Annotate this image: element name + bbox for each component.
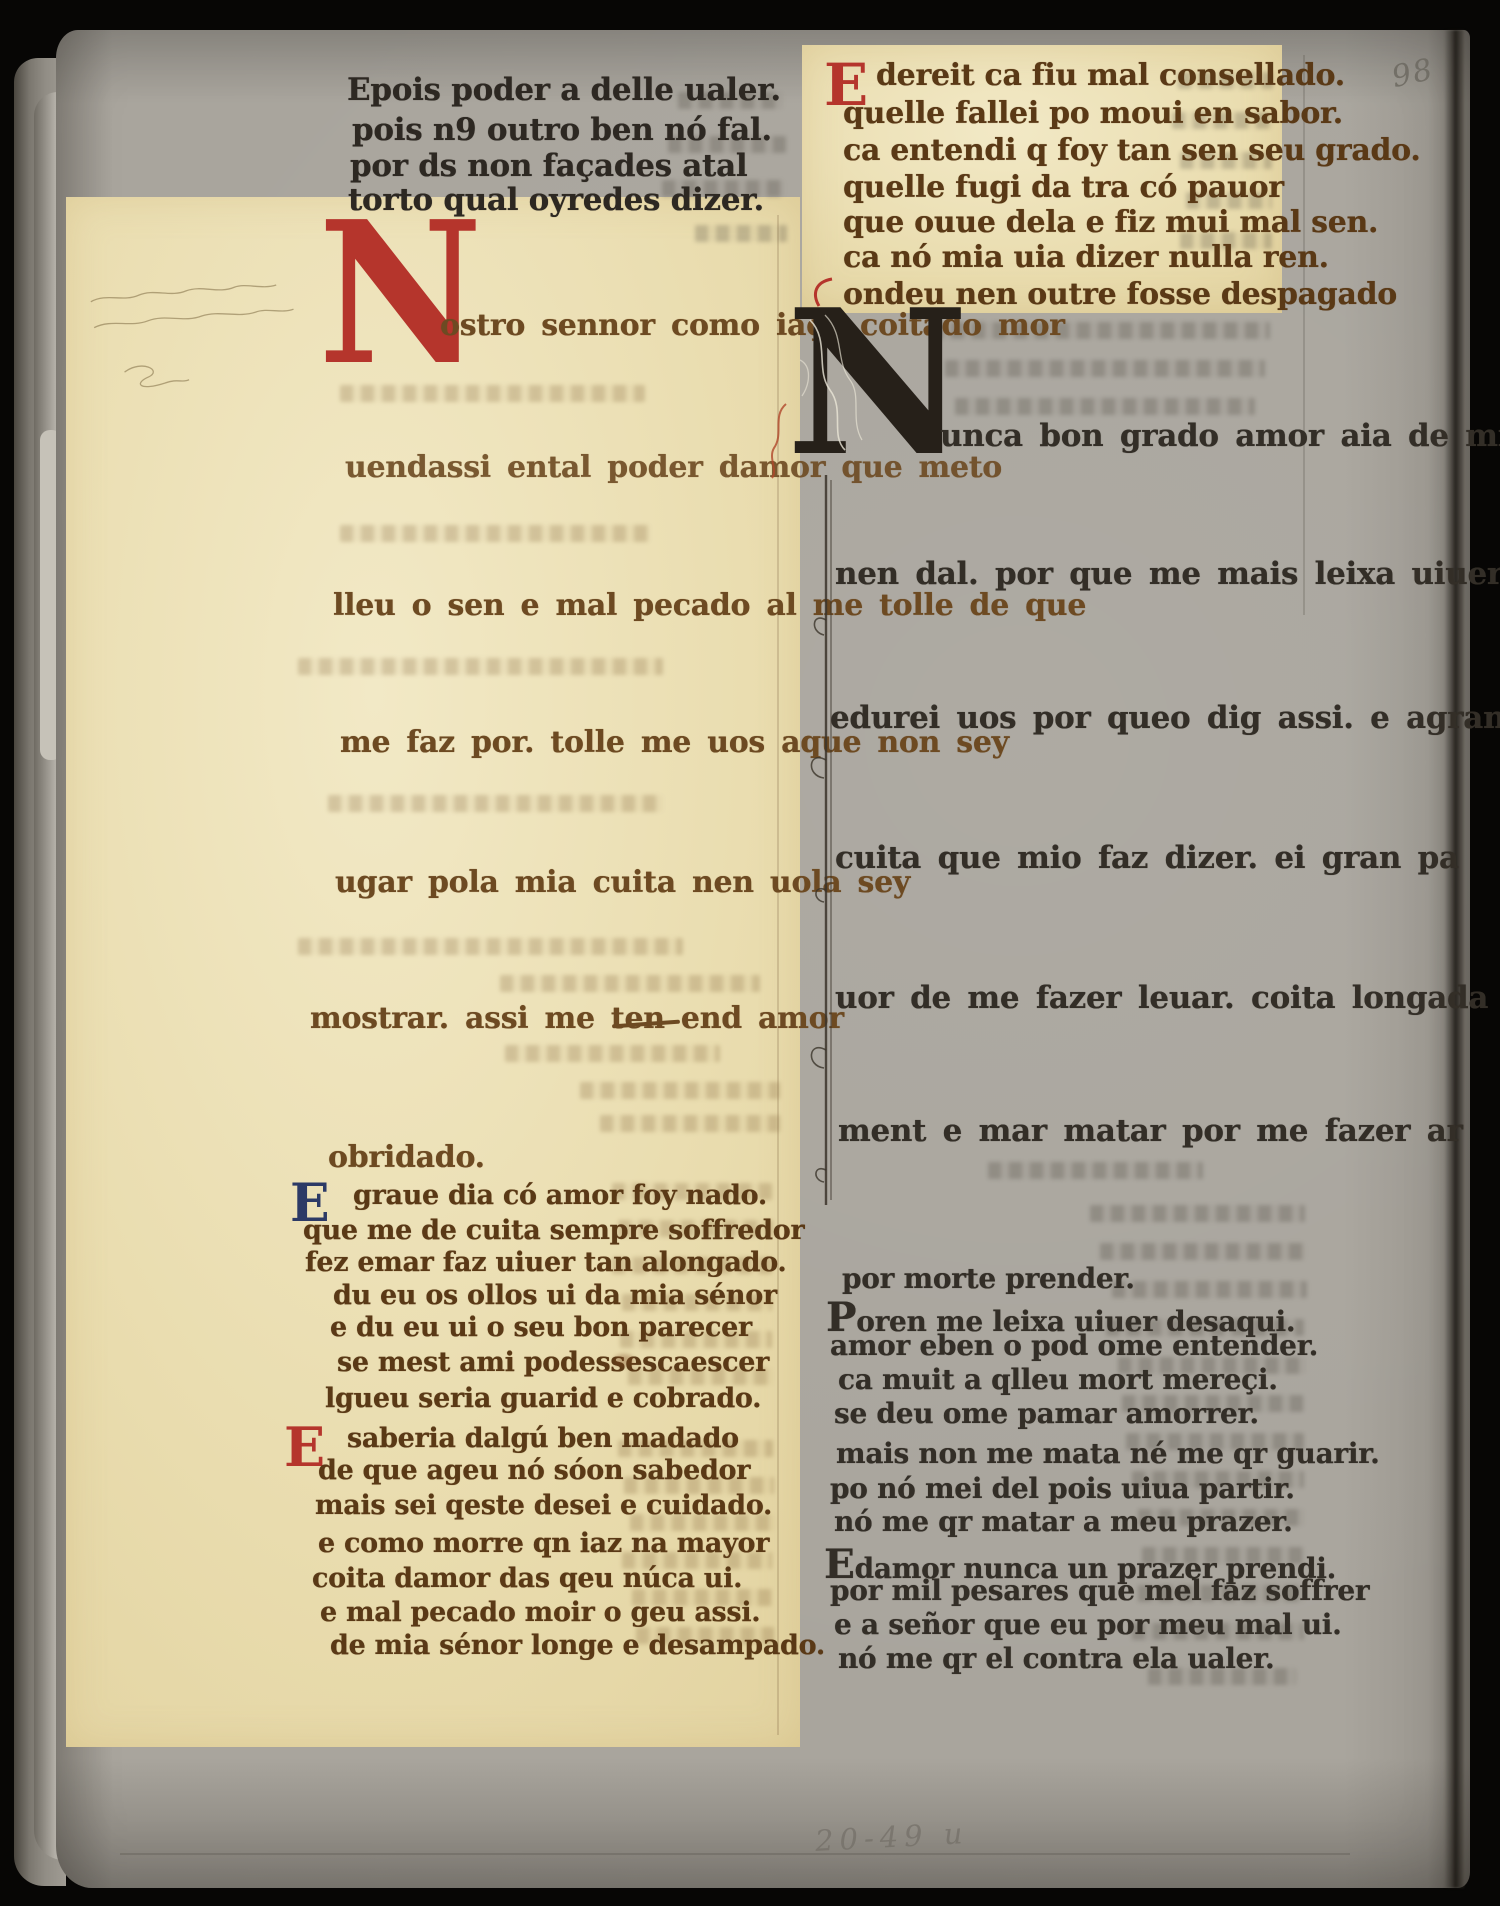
bleed-through-line xyxy=(600,1115,780,1132)
bleed-through-line xyxy=(298,938,683,955)
text-line: mostrar. assi me ten end amor xyxy=(310,1001,844,1036)
bleed-through-line xyxy=(505,1045,720,1062)
bleed-through-line xyxy=(328,795,663,812)
bleed-through-line xyxy=(988,1162,1203,1179)
text-line: fez emar faz uiuer tan alongado. xyxy=(305,1247,787,1278)
text-line: edurei uos por queo dig assi. e agran xyxy=(830,700,1500,736)
bleed-through-line xyxy=(1100,1243,1305,1260)
text-line: se mest ami podessescaescer xyxy=(337,1347,769,1378)
text-line: po nó mei del pois uiua partir. xyxy=(830,1472,1295,1505)
text-line: dereit ca fiu mal consellado. xyxy=(876,58,1345,93)
margin-note xyxy=(86,286,306,406)
text-line: amor eben o pod ome entender. xyxy=(830,1329,1318,1362)
text-line: du eu os ollos ui da mia sénor xyxy=(333,1280,777,1311)
text-line: ostro sennor como iaço coitado mor xyxy=(440,308,1065,343)
text-line: ca entendi q foy tan sen seu grado. xyxy=(843,133,1420,168)
text-line: nó me qr el contra ela ualer. xyxy=(838,1642,1274,1675)
text-line: e como morre qn iaz na mayor xyxy=(318,1528,769,1559)
bleed-through-line xyxy=(298,658,663,675)
text-line: mais non me mata né me qr guarir. xyxy=(836,1437,1380,1470)
text-line: mais sei qeste desei e cuidado. xyxy=(315,1490,772,1521)
initial-cadel-tail xyxy=(804,290,850,1220)
text-line: que me de cuita sempre soffredor xyxy=(303,1215,804,1246)
text-line: quelle fallei po moui en sabor. xyxy=(843,96,1343,131)
text-line: de mia sénor longe e desampado. xyxy=(330,1630,825,1661)
bleed-through-line xyxy=(580,1082,780,1099)
bleed-through-line xyxy=(500,975,760,992)
bleed-through-line xyxy=(1090,1205,1305,1222)
text-line: quelle fugi da tra có pauor xyxy=(843,170,1284,205)
text-line: unca bon grado amor aia de min xyxy=(940,418,1500,454)
text-line: ment e mar matar por me fazer ar xyxy=(838,1113,1463,1149)
text-line: por mil pesares que mel faz soffrer xyxy=(830,1574,1369,1607)
bleed-through-line xyxy=(955,398,1255,415)
ink-stain xyxy=(614,1354,634,1367)
text-line: nen dal. por que me mais leixa uiuer. xyxy=(835,556,1500,592)
text-line: de que ageu nó sóon sabedor xyxy=(318,1455,750,1486)
text-line: por morte prender. xyxy=(842,1262,1135,1295)
text-line: nó me qr matar a meu prazer. xyxy=(834,1505,1293,1538)
text-line: obridado. xyxy=(328,1140,485,1175)
text-line: uor de me fazer leuar. coita longada xyxy=(835,980,1488,1016)
text-line: e a señor que eu por meu mal ui. xyxy=(834,1608,1342,1641)
rubric-flourish xyxy=(766,400,796,480)
text-line: ca muit a qlleu mort mereçi. xyxy=(838,1363,1278,1396)
bleed-through-line xyxy=(945,360,1265,377)
bleed-through-line xyxy=(340,525,650,542)
ruling-line xyxy=(120,1853,1350,1855)
text-line: lgueu seria guarid e cobrado. xyxy=(325,1383,761,1414)
text-line: pois n9 outro ben nó fal. xyxy=(352,112,772,148)
text-line: cuita que mio faz dizer. ei gran pa xyxy=(835,840,1459,876)
page-fold-shadow xyxy=(1444,30,1464,1888)
text-line: coita damor das qeu núca ui. xyxy=(312,1563,742,1594)
text-line: graue dia có amor foy nado. xyxy=(353,1180,767,1211)
text-line: que ouue dela e fiz mui mal sen. xyxy=(843,205,1378,240)
text-line: lleu o sen e mal pecado al me tolle de q… xyxy=(333,588,1086,623)
text-line: e mal pecado moir o geu assi. xyxy=(320,1597,760,1628)
manuscript-photo: Epois poder a delle ualer. pois n9 outro… xyxy=(0,0,1500,1906)
bleed-through-line xyxy=(695,225,787,242)
text-line: e du eu ui o seu bon parecer xyxy=(330,1312,752,1343)
text-line: Epois poder a delle ualer. xyxy=(347,72,781,108)
text-line: saberia dalgú ben madado xyxy=(347,1423,739,1454)
illuminated-initial-red-N: N xyxy=(318,196,483,392)
text-line: se deu ome pamar amorrer. xyxy=(834,1397,1259,1430)
